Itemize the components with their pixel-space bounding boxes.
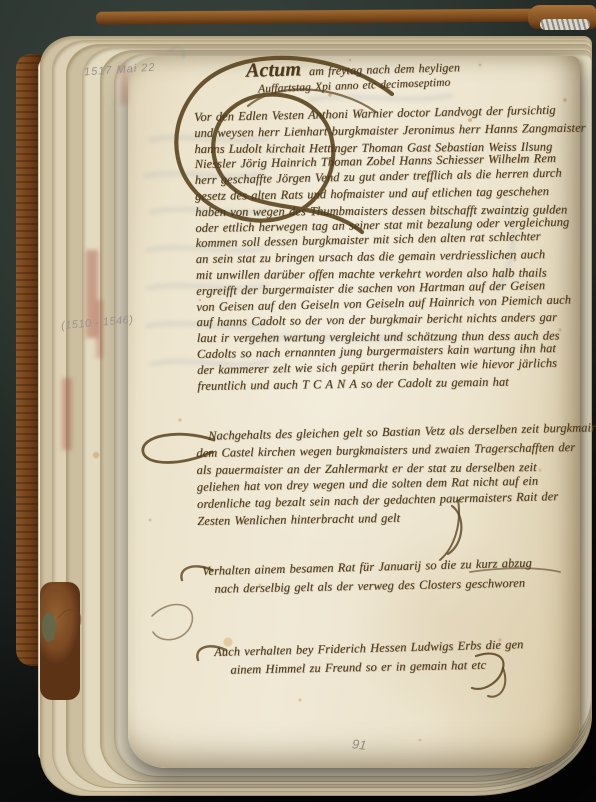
cover-corner-stain <box>42 612 56 642</box>
book-photo: Actumam freytag nach dem heyligen Auffar… <box>0 0 596 802</box>
manuscript-page <box>128 56 580 768</box>
woven-endband <box>540 19 590 30</box>
book-top-edge <box>96 8 596 24</box>
